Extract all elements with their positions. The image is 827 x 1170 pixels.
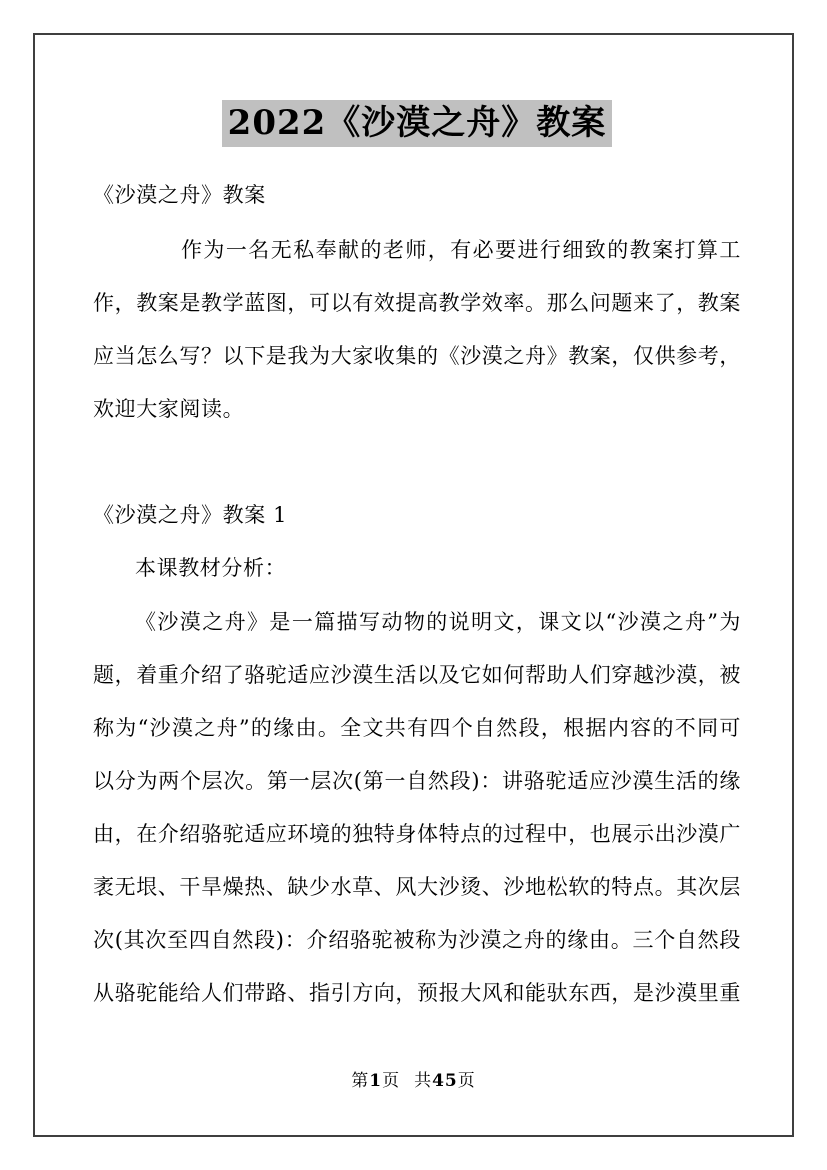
page-footer: 第1页共45页 [0, 1066, 827, 1091]
subtitle: 《沙漠之舟》教案 [93, 169, 741, 222]
section-1-subheading: 本课教材分析： [93, 542, 741, 595]
document-page: 2022《沙漠之舟》教案 《沙漠之舟》教案 作为一名无私奉献的老师，有必要进行细… [93, 0, 741, 1020]
footer-page-number: 1 [369, 1071, 382, 1091]
section-1-paragraph: 《沙漠之舟》是一篇描写动物的说明文，课文以“沙漠之舟”为题，着重介绍了骆驼适应沙… [93, 596, 741, 1020]
footer-page-suffix: 页 [382, 1071, 400, 1091]
footer-page-prefix: 第 [351, 1071, 369, 1091]
section-1-heading: 《沙漠之舟》教案 1 [93, 489, 741, 542]
footer-total-pages: 45 [432, 1071, 458, 1091]
page-title: 2022《沙漠之舟》教案 [222, 100, 613, 147]
title-row: 2022《沙漠之舟》教案 [93, 100, 741, 147]
footer-total-suffix: 页 [458, 1071, 476, 1091]
footer-total-prefix: 共 [414, 1071, 432, 1091]
intro-paragraph: 作为一名无私奉献的老师，有必要进行细致的教案打算工作，教案是教学蓝图，可以有效提… [93, 224, 741, 436]
